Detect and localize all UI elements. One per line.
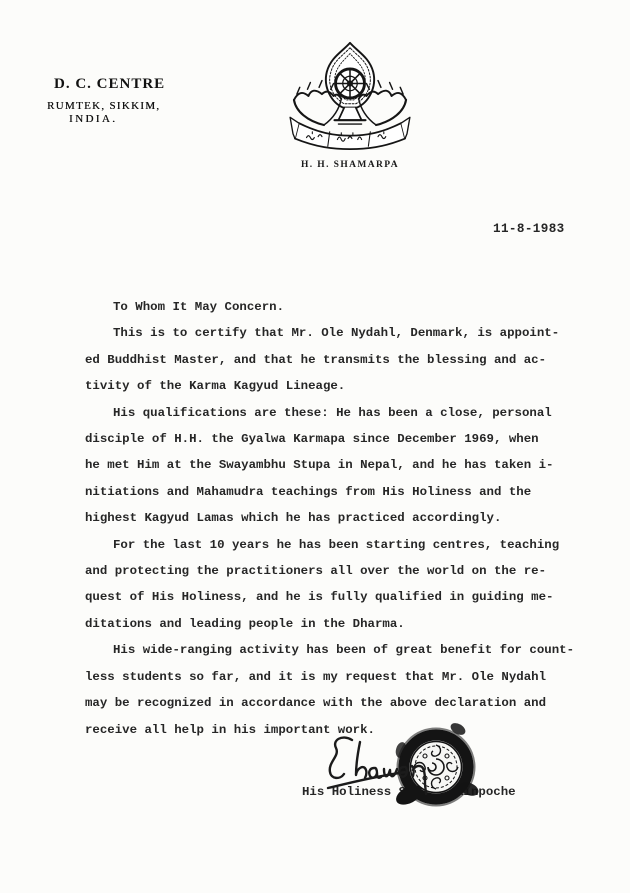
body-line: and protecting the practitioners all ove… <box>85 558 570 584</box>
body-line: His qualifications are these: He has bee… <box>85 400 570 426</box>
karma-kagyu-crest-icon <box>287 40 413 154</box>
scanned-letter-page: D. C. CENTRE RUMTEK, SIKKIM, INDIA. <box>0 0 630 893</box>
letterhead-address-line2: INDIA. <box>69 113 117 125</box>
body-line: This is to certify that Mr. Ole Nydahl, … <box>85 320 570 346</box>
letter-date: 11-8-1983 <box>493 222 565 236</box>
letterhead-address-line1: RUMTEK, SIKKIM, <box>47 100 160 112</box>
body-line: To Whom It May Concern. <box>85 294 570 320</box>
body-line: may be recognized in accordance with the… <box>85 690 570 716</box>
body-line: disciple of H.H. the Gyalwa Karmapa sinc… <box>85 426 570 452</box>
emblem-caption: H. H. SHAMARPA <box>285 160 415 170</box>
body-line: highest Kagyud Lamas which he has practi… <box>85 505 570 531</box>
body-line: His wide-ranging activity has been of gr… <box>85 637 570 663</box>
body-line: ed Buddhist Master, and that he transmit… <box>85 347 570 373</box>
body-line: he met Him at the Swayambhu Stupa in Nep… <box>85 452 570 478</box>
body-line: less students so far, and it is my reque… <box>85 664 570 690</box>
body-line: quest of His Holiness, and he is fully q… <box>85 584 570 610</box>
body-line: tivity of the Karma Kagyud Lineage. <box>85 373 570 399</box>
letterhead-org-name: D. C. CENTRE <box>54 76 165 93</box>
body-line: ditations and leading people in the Dhar… <box>85 611 570 637</box>
body-line: nitiations and Mahamudra teachings from … <box>85 479 570 505</box>
body-line: For the last 10 years he has been starti… <box>85 532 570 558</box>
letter-body: To Whom It May Concern.This is to certif… <box>85 294 570 743</box>
handwritten-signature-icon <box>326 732 438 798</box>
